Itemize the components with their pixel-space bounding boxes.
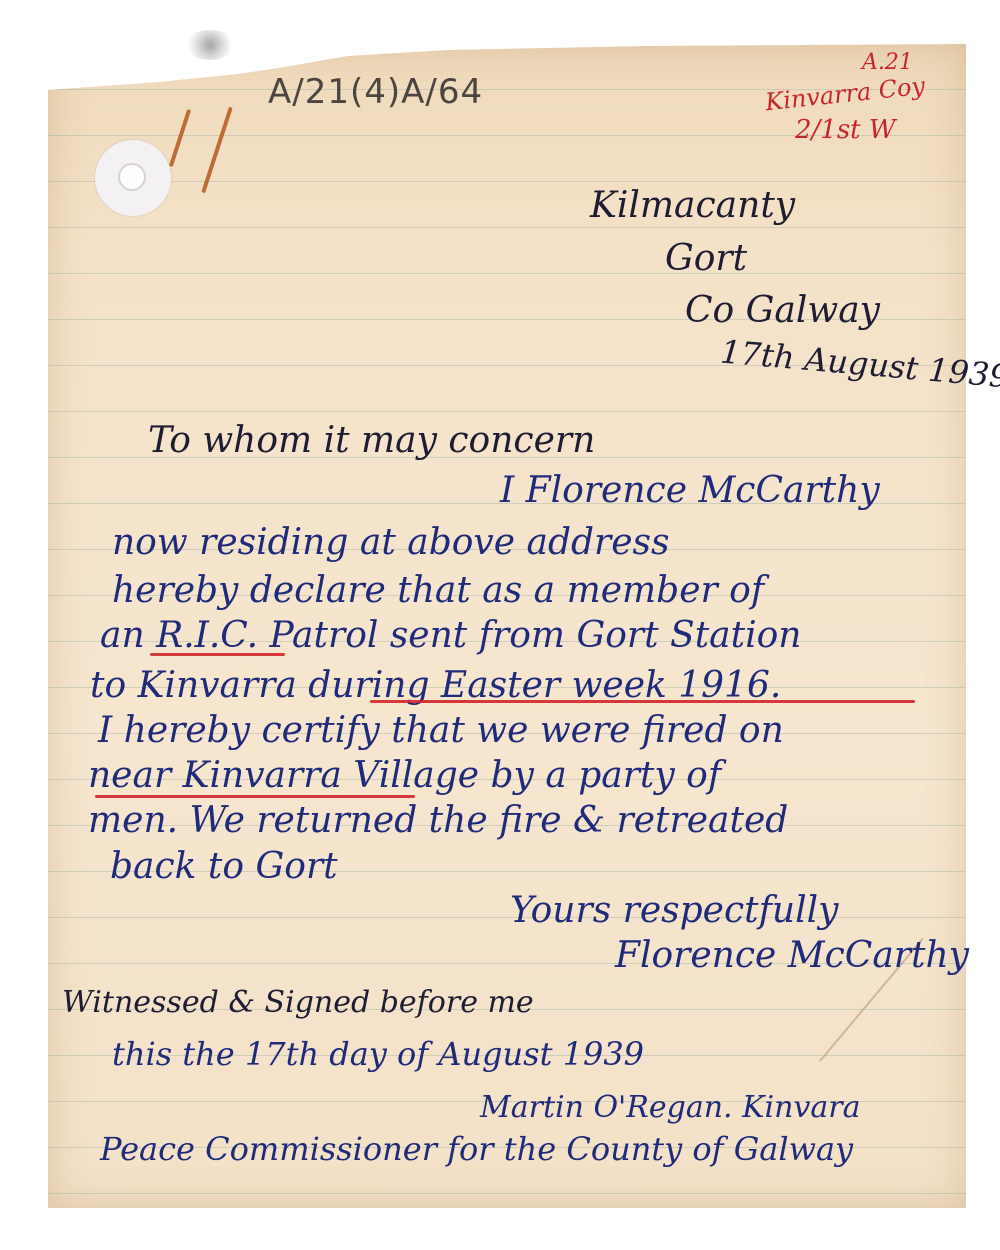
address-line3: Co Galway [685, 290, 880, 331]
witness-title: Peace Commissioner for the County of Gal… [100, 1130, 853, 1168]
signature: Florence McCarthy [615, 935, 969, 976]
red-underline-ric-patrol [150, 653, 285, 656]
red-underline-kinvarra-village [95, 795, 415, 798]
red-annotation-code: A.21 [862, 50, 913, 75]
witness-line1: Witnessed & Signed before me [62, 985, 534, 1020]
ink-smudge [185, 30, 235, 60]
body-line: I Florence McCarthy [500, 470, 880, 511]
witness-line2: this the 17th day of August 1939 [112, 1035, 644, 1073]
witness-signature: Martin O'Regan. Kinvara [480, 1090, 861, 1125]
body-line: now residing at above address [112, 522, 670, 563]
salutation: To whom it may concern [148, 420, 595, 461]
body-line: hereby declare that as a member of [112, 570, 764, 611]
body-line: I hereby certify that we were fired on [98, 710, 784, 751]
archive-reference: A/21(4)A/64 [268, 72, 483, 112]
red-underline-easter-week [370, 700, 915, 703]
body-line: men. We returned the fire & retreated [88, 800, 788, 841]
closing: Yours respectfully [510, 890, 838, 931]
address-line2: Gort [665, 238, 747, 279]
red-annotation-line2: 2/1st W [795, 115, 896, 145]
body-line: back to Gort [110, 846, 338, 887]
body-line: an R.I.C. Patrol sent from Gort Station [100, 615, 801, 656]
address-line1: Kilmacanty [590, 185, 795, 226]
reinforcement-eyelet-icon [95, 140, 171, 216]
body-line: near Kinvarra Village by a party of [88, 755, 721, 796]
